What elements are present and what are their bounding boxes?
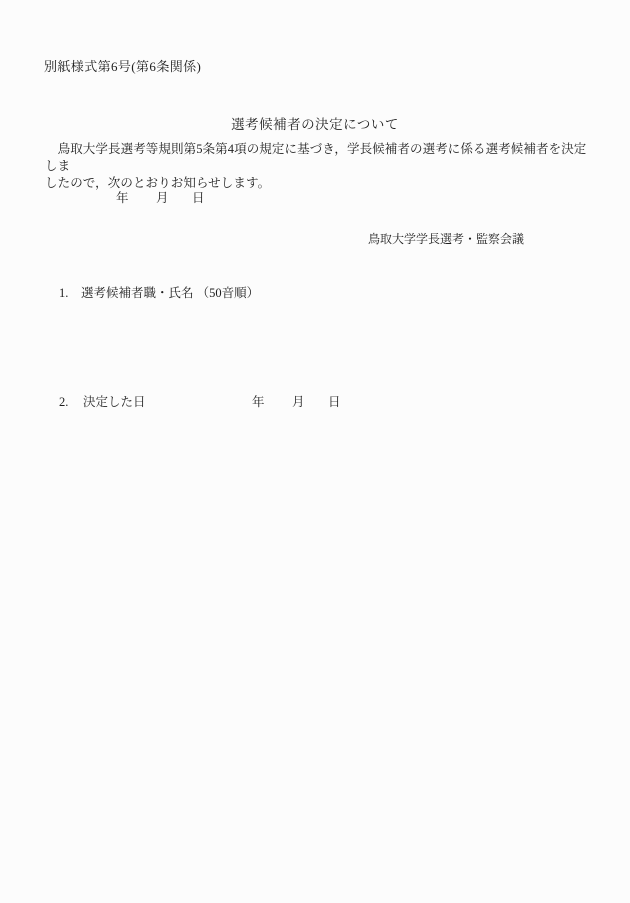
document-title: 選考候補者の決定について: [0, 117, 630, 132]
issue-date-year-label: 年: [116, 191, 129, 206]
body-paragraph: 鳥取大学長選考等規則第5条第4項の規定に基づき，学長候補者の選考に係る選考候補者…: [45, 141, 597, 192]
list-item-1: 1. 選考候補者職・氏名 （50音順）: [59, 286, 619, 302]
list-item-2-label: 決定した日: [83, 395, 146, 410]
decision-date-year-label: 年: [252, 395, 265, 410]
list-item-1-label: 選考候補者職・氏名 （50音順）: [81, 286, 259, 301]
decision-date-day-label: 日: [328, 395, 341, 410]
list-item-2: 2. 決定した日 年 月 日: [59, 395, 619, 411]
list-item-1-number: 1.: [59, 286, 68, 301]
issue-date-month-label: 月: [156, 191, 169, 206]
list-item-2-number: 2.: [59, 395, 68, 410]
document-page: 別紙様式第6号(第6条関係) 選考候補者の決定について 鳥取大学長選考等規則第5…: [0, 0, 630, 903]
issuer-name: 鳥取大学学長選考・監察会議: [368, 232, 524, 247]
body-paragraph-line-1: 鳥取大学長選考等規則第5条第4項の規定に基づき，学長候補者の選考に係る選考候補者…: [45, 141, 597, 175]
body-paragraph-line-2: したので，次のとおりお知らせします。: [45, 175, 597, 192]
issue-date-line: 年 月 日: [45, 191, 445, 207]
decision-date-month-label: 月: [292, 395, 305, 410]
form-number: 別紙様式第6号(第6条関係): [44, 59, 201, 74]
issue-date-day-label: 日: [192, 191, 205, 206]
